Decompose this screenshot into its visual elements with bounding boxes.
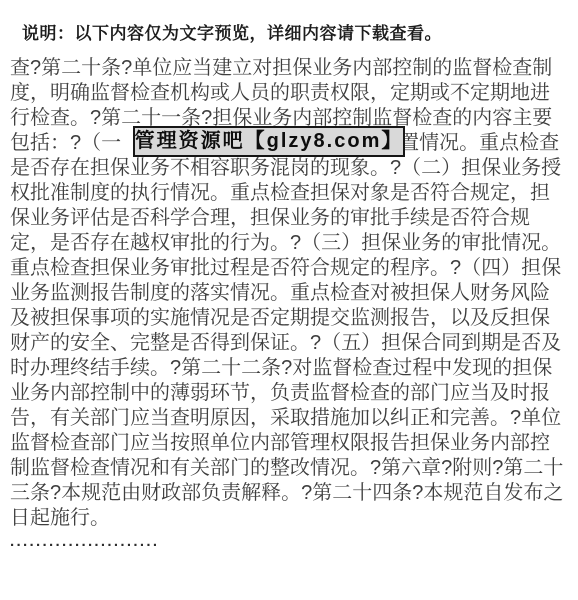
text-line: 三条?本规范由财政部负责解释。?第二十四条?本规范自发布之: [10, 481, 570, 506]
text-line: 是否存在担保业务不相容职务混岗的现象。?（二）担保业务授: [10, 156, 570, 181]
text-line: 查?第二十条?单位应当建立对担保业务内部控制的监督检查制: [10, 56, 570, 81]
text-line: 度，明确监督检查机构或人员的职责权限，定期或不定期地进: [10, 81, 570, 106]
text-line: 权批准制度的执行情况。重点检查担保对象是否符合规定，担: [10, 181, 570, 206]
text-line: 监督检查部门应当按照单位内部管理权限报告担保业务内部控: [10, 431, 570, 456]
preview-notice: 说明：以下内容仅为文字预览，详细内容请下载查看。: [22, 19, 442, 44]
preview-page: 说明：以下内容仅为文字预览，详细内容请下载查看。 查?第二十条?单位应当建立对担…: [0, 0, 578, 600]
text-line: 保业务评估是否科学合理，担保业务的审批手续是否符合规: [10, 206, 570, 231]
watermark-badge: 管理资源吧【glzy8.com】: [133, 126, 405, 157]
watermark-text: 管理资源吧【glzy8.com】: [135, 129, 404, 154]
text-line: 告，有关部门应当查明原因，采取措施加以纠正和完善。?单位: [10, 406, 570, 431]
document-text: 查?第二十条?单位应当建立对担保业务内部控制的监督检查制 度，明确监督检查机构或…: [10, 56, 570, 558]
text-line: 业务内部控制中的薄弱环节，负责监督检查的部门应当及时报: [10, 381, 570, 406]
text-fragment-before-watermark: 包括：?（一: [10, 131, 121, 156]
text-line: 及被担保事项的实施情况是否定期提交监测报告，以及反担保: [10, 306, 570, 331]
text-line: 时办理终结手续。?第二十二条?对监督检查过程中发现的担保: [10, 356, 570, 381]
text-line: 财产的安全、完整是否得到保证。?（五）担保合同到期是否及: [10, 331, 570, 356]
text-line: 重点检查担保业务审批过程是否符合规定的程序。?（四）担保: [10, 256, 570, 281]
text-line: 定，是否存在越权审批的行为。?（三）担保业务的审批情况。: [10, 231, 570, 256]
text-fragment-after-watermark: 置情况。重点检查: [399, 131, 559, 156]
text-line: 日起施行。: [10, 506, 570, 531]
text-line: 业务监测报告制度的落实情况。重点检查对被担保人财务风险: [10, 281, 570, 306]
text-line: 制监督检查情况和有关部门的整改情况。?第六章?附则?第二十: [10, 456, 570, 481]
ellipsis-line: ·······················: [10, 531, 570, 558]
